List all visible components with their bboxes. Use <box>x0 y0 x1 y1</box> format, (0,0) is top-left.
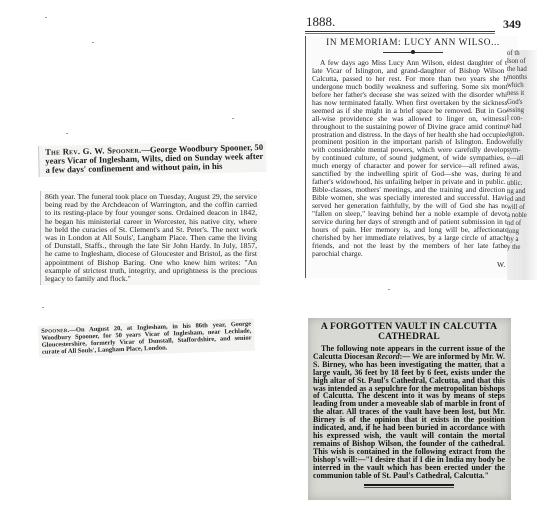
spooner-headline-clipping: The Rev. G. W. Spooner.—George Woodbury … <box>38 141 267 177</box>
fragment-line: y the <box>507 244 537 252</box>
fragment-line: essing <box>507 107 537 115</box>
fragment-line: by a <box>507 236 537 244</box>
fragment-line: sym- <box>507 147 537 155</box>
scan-speck <box>66 133 68 134</box>
fragment-line: ngton. <box>507 131 537 139</box>
fragment-line: e—all <box>507 155 537 163</box>
memoriam-clipping: IN MEMORIAM: LUCY ANN WILSO... A few day… <box>305 36 518 278</box>
fragment-line: the had <box>507 66 537 74</box>
memoriam-body: A few days ago Miss Lucy Ann Wilson, eld… <box>312 59 514 258</box>
fragment-line: which <box>507 82 537 90</box>
fragment-line: nd of <box>507 220 537 228</box>
scan-speck <box>45 17 47 18</box>
page-year: 1888. <box>306 14 335 30</box>
fragment-line: ed and <box>507 196 537 204</box>
spooner-body-text: 86th year. The funeral took place on Tue… <box>45 193 257 283</box>
vault-title: A FORGOTTEN VAULT IN CALCUTTA CATHEDRAL <box>313 322 505 342</box>
fragment-line: was, <box>507 163 537 171</box>
fragment-line: efully <box>507 139 537 147</box>
ornament-divider-icon <box>383 50 443 54</box>
scan-speck <box>232 118 234 119</box>
fragment-line: lson of <box>507 58 537 66</box>
fragment-line: ng and <box>507 188 537 196</box>
fragment-line: a noble <box>507 212 537 220</box>
fragment-line: months <box>507 74 537 82</box>
fragment-line: of th <box>507 50 537 58</box>
spooner-body-clipping: 86th year. The funeral took place on Tue… <box>40 191 260 285</box>
scan-speck <box>92 42 94 43</box>
scan-speck <box>388 289 390 290</box>
fragment-line: ublic. <box>507 180 537 188</box>
memoriam-signature: W. B. <box>312 261 514 269</box>
vault-body: The following note appears in the curren… <box>313 345 505 479</box>
fragment-line: e and <box>507 171 537 179</box>
overlapping-clipping-fragment: of thlson ofthe hadmonthswhichness itGod… <box>507 50 537 280</box>
death-notice-text: —On August 20, at Inglesham, in his 86th… <box>41 321 251 357</box>
vault-clipping: A FORGOTTEN VAULT IN CALCUTTA CATHEDRAL … <box>308 318 511 500</box>
fragment-line: will of <box>507 204 537 212</box>
memoriam-title: IN MEMORIAM: LUCY ANN WILSO... <box>312 40 514 48</box>
fragment-line: e had <box>507 123 537 131</box>
header-rule <box>305 31 495 34</box>
page-number: 349 <box>503 17 521 32</box>
fragment-line: ness it <box>507 90 537 98</box>
fragment-line: long <box>507 228 537 236</box>
death-notice-clipping: Spooner.—On August 20, at Inglesham, in … <box>38 318 255 358</box>
fragment-line: God's <box>507 99 537 107</box>
scan-speck <box>42 307 44 308</box>
fragment-line: l con- <box>507 115 537 123</box>
vault-body-end: :— We are informed by Mr. W. S. Birney, … <box>313 352 505 480</box>
closing-rule <box>364 484 454 488</box>
